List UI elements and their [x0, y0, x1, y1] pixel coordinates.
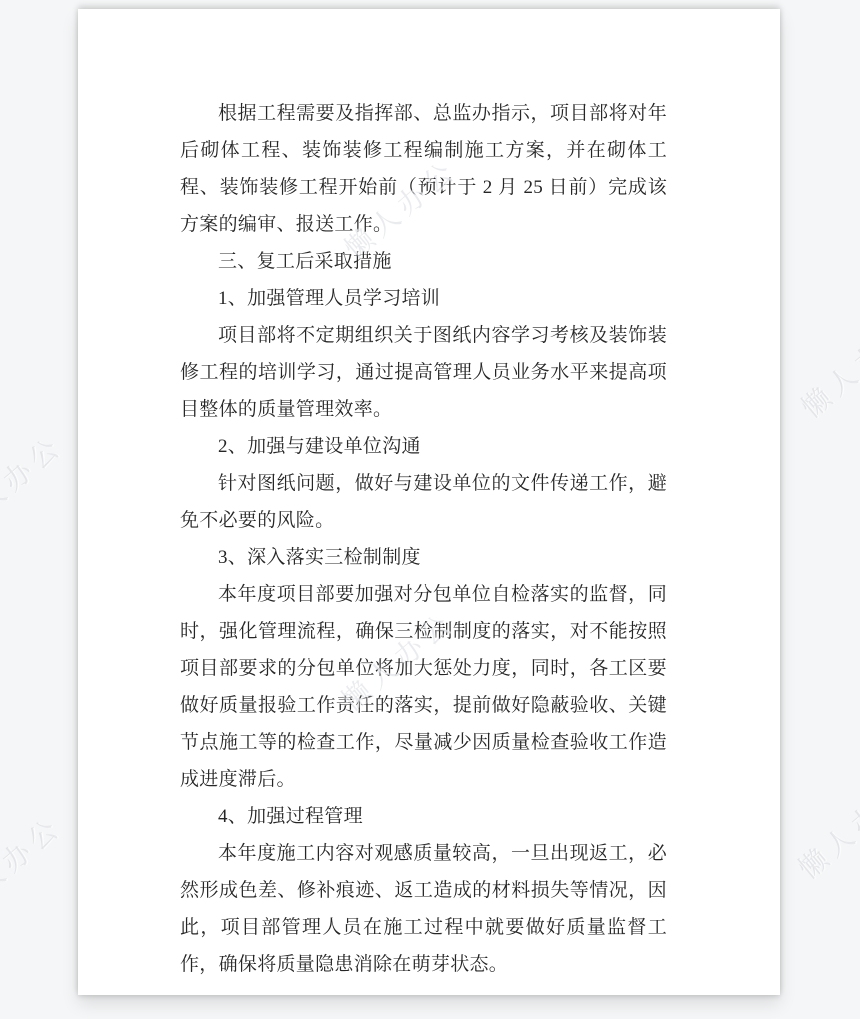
watermark: 懒人办公 [792, 308, 860, 426]
document-viewer: 根据工程需要及指挥部、总监办指示，项目部将对年后砌体工程、装饰装修工程编制施工方… [0, 0, 860, 1019]
document-page: 根据工程需要及指挥部、总监办指示，项目部将对年后砌体工程、装饰装修工程编制施工方… [78, 9, 780, 995]
paragraph-communication: 针对图纸问题，做好与建设单位的文件传递工作，避免不必要的风险。 [180, 465, 667, 539]
paragraph-inspection: 本年度项目部要加强对分包单位自检落实的监督，同时，强化管理流程，确保三检制制度的… [180, 576, 667, 798]
heading-item-2: 2、加强与建设单位沟通 [180, 428, 667, 465]
paragraph-plan: 根据工程需要及指挥部、总监办指示，项目部将对年后砌体工程、装饰装修工程编制施工方… [180, 95, 667, 243]
watermark: 懒人办公 [789, 769, 860, 887]
heading-item-4: 4、加强过程管理 [180, 798, 667, 835]
paragraph-training: 项目部将不定期组织关于图纸内容学习考核及装饰装修工程的培训学习，通过提高管理人员… [180, 317, 667, 428]
watermark: 懒人办公 [0, 806, 70, 924]
heading-section-three: 三、复工后采取措施 [180, 243, 667, 280]
paragraph-process-control: 本年度施工内容对观感质量较高，一旦出现返工，必然形成色差、修补痕迹、返工造成的材… [180, 835, 667, 983]
document-content: 根据工程需要及指挥部、总监办指示，项目部将对年后砌体工程、装饰装修工程编制施工方… [180, 95, 667, 983]
heading-item-3: 3、深入落实三检制制度 [180, 539, 667, 576]
heading-item-1: 1、加强管理人员学习培训 [180, 280, 667, 317]
watermark: 懒人办公 [0, 425, 71, 543]
